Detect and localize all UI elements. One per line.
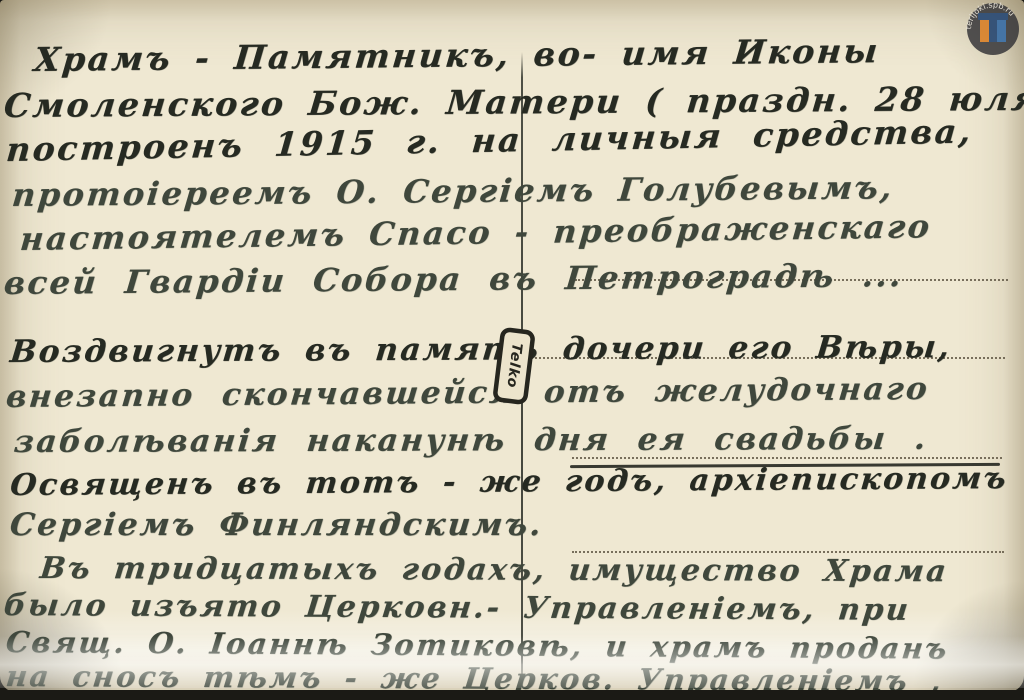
handwriting-line-6: всей Гвардіи Собора въ Петроградѣ ... (2, 256, 905, 302)
handwriting-line-13: было изъято Церковн.- Управленіемъ, при (2, 588, 912, 628)
scan-edge-bottom (0, 690, 1024, 700)
site-watermark-badge: terijoki.spb.ru (966, 2, 1020, 56)
handwriting-line-11: Сергіемъ Финляндскимъ. (8, 507, 545, 543)
handwriting-line-5: настоятелемъ Спасо - преображенскаго (19, 207, 934, 258)
handwriting-line-9: заболѣванія наканунѣ дня ея свадьбы . (12, 421, 929, 460)
handwriting-line-8: внезапно скончавшейся отъ желудочнаго (5, 371, 932, 415)
handwriting-line-12: Въ тридцатыхъ годахъ, имущество Храма (38, 551, 950, 589)
postcard-scan: Храмъ - Памятникъ, во- имя Иконы Смоленс… (0, 0, 1024, 700)
handwriting-line-7: Воздвигнутъ въ память дочери его Вѣры, (8, 329, 953, 370)
telko-stamp-label: Telko (503, 342, 524, 389)
handwriting-line-1: Храмъ - Памятникъ, во- имя Иконы (32, 31, 881, 79)
postcard-paper: Храмъ - Памятникъ, во- имя Иконы Смоленс… (0, 0, 1024, 692)
handwriting-line-4: протоіереемъ О. Сергіемъ Голубевымъ, (10, 168, 896, 214)
handwriting-line-10: Освященъ въ тотъ - же годъ, архіепископо… (9, 461, 1010, 503)
watermark-t-stem (989, 18, 997, 42)
